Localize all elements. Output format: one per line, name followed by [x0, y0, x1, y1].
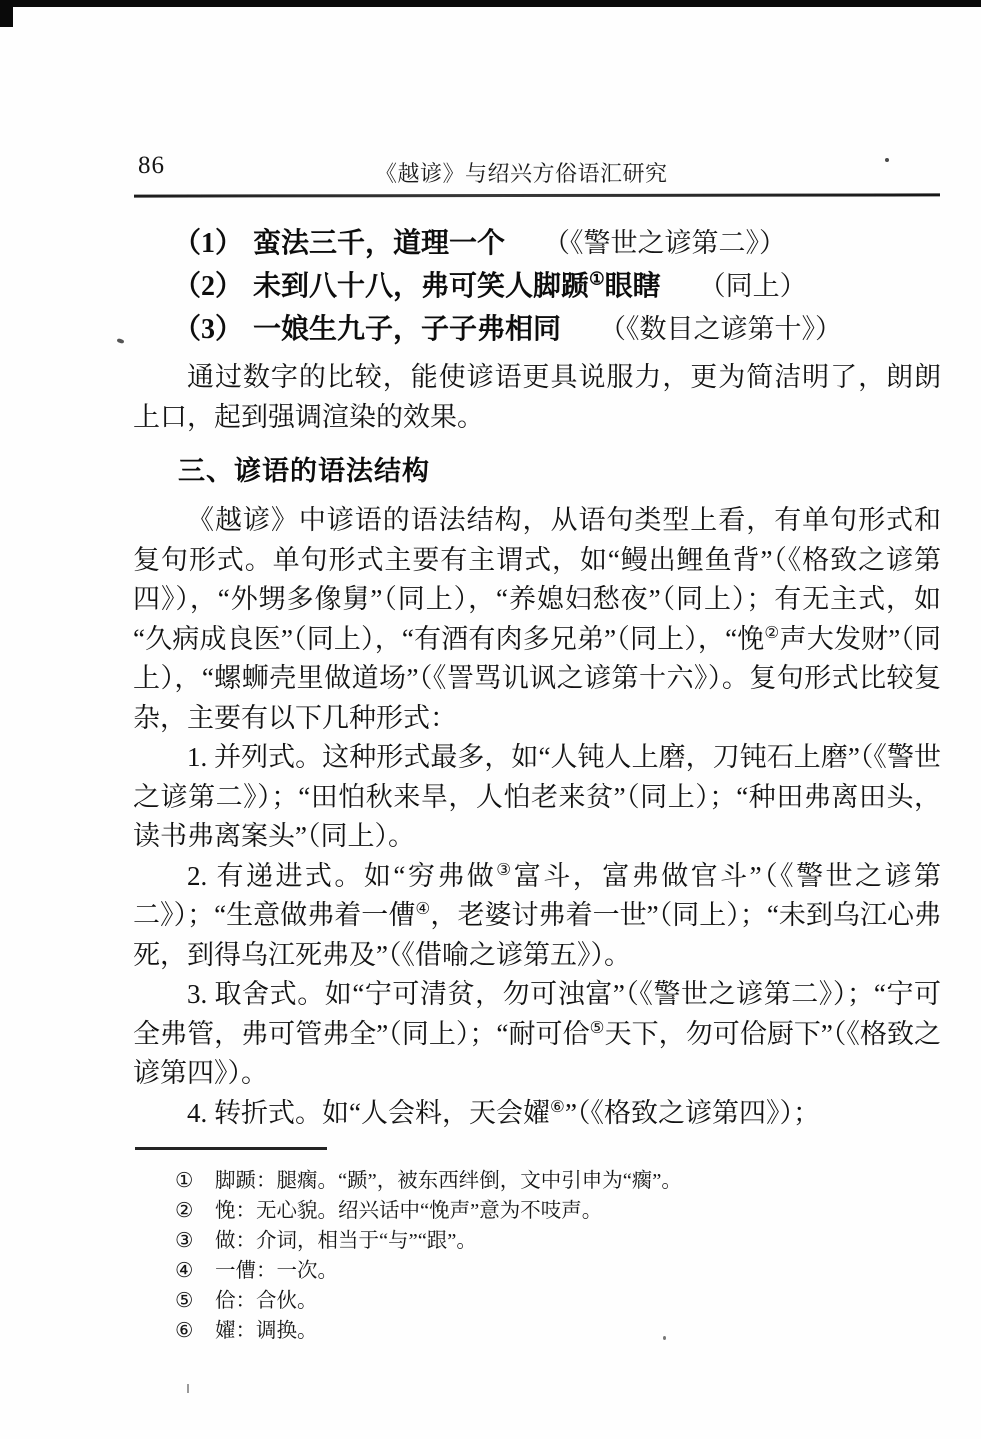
header-divider: [134, 193, 940, 197]
paragraph-item-4: 4. 转折式。如“人会料，天会嬥⑥”（《格致之谚第四》）；: [133, 1094, 941, 1134]
scan-corner-artifact: [0, 0, 13, 27]
paragraph-intro: 通过数字的比较，能使谚语更具说服力，更为简洁明了，朗朗上口，起到强调渲染的效果。: [133, 357, 941, 437]
footnote-marker: ③: [175, 1226, 203, 1256]
footnote-divider: [135, 1147, 327, 1150]
example-line-1: （1）蛮法三千，道理一个（《警世之谚第二》）: [173, 222, 941, 265]
footnote-text: 做：介词，相当于“与”“跟”。: [215, 1226, 941, 1256]
example-proverb: 一娘生九子，子子弗相同: [253, 314, 561, 345]
running-title: 《越谚》与绍兴方俗语汇研究: [375, 157, 668, 188]
footnote-marker: ④: [175, 1256, 203, 1286]
example-proverb: 蛮法三千，道理一个: [253, 228, 505, 259]
footnote-block: ①脚踬：腿瘸。“踬”，被东西绊倒，文中引申为“瘸”。 ②悗：无心貌。绍兴话中“悗…: [133, 1166, 941, 1346]
footnote-marker: ①: [175, 1166, 203, 1196]
paragraph-item-3: 3. 取舍式。如“宁可清贫，勿可浊富”（《警世之谚第二》）；“宁可全弗管，弗可管…: [133, 975, 941, 1094]
example-number: （3）: [173, 314, 243, 345]
scan-speck: [187, 1384, 189, 1393]
example-line-3: （3）一娘生九子，子子弗相同（《数目之谚第十》）: [173, 308, 941, 351]
footnote-6: ⑥嬥：调换。: [175, 1316, 941, 1346]
footnote-text: 脚踬：腿瘸。“踬”，被东西绊倒，文中引申为“瘸”。: [215, 1166, 941, 1196]
example-line-2: （2）未到八十八，弗可笑人脚踬①眼瞎（同上）: [173, 265, 941, 308]
scan-edge-artifact: [0, 0, 981, 7]
example-number: （1）: [173, 228, 243, 259]
footnote-marker: ⑤: [175, 1286, 203, 1316]
footnote-text: 一傮：一次。: [215, 1256, 941, 1286]
paragraph-item-2: 2. 有递进式。如“穷弗做③富斗，富弗做官斗”（《警世之谚第二》）；“生意做弗着…: [133, 857, 941, 976]
paragraph-item-1: 1. 并列式。这种形式最多，如“人钝人上磨，刀钝石上磨”（《警世之谚第二》）；“…: [133, 738, 941, 857]
footnote-text: 佮：合伙。: [215, 1286, 941, 1316]
example-proverb: 未到八十八，弗可笑人脚踬①眼瞎: [253, 271, 661, 302]
footnote-marker: ⑥: [175, 1316, 203, 1346]
paragraph-body: 《越谚》中谚语的语法结构，从语句类型上看，有单句形式和复句形式。单句形式主要有主…: [133, 501, 941, 738]
scan-speck: [885, 158, 889, 162]
page-number: 86: [138, 152, 165, 180]
example-number: （2）: [173, 271, 243, 302]
footnote-text: 嬥：调换。: [215, 1316, 941, 1346]
section-heading: 三、谚语的语法结构: [133, 451, 941, 491]
example-source: （《数目之谚第十》）: [599, 314, 842, 344]
page-content: （1）蛮法三千，道理一个（《警世之谚第二》） （2）未到八十八，弗可笑人脚踬①眼…: [133, 222, 941, 1346]
footnote-5: ⑤佮：合伙。: [175, 1286, 941, 1316]
example-source: （同上）: [699, 271, 807, 301]
scan-speck: [117, 338, 125, 344]
footnote-2: ②悗：无心貌。绍兴话中“悗声”意为不吱声。: [175, 1196, 941, 1226]
example-block: （1）蛮法三千，道理一个（《警世之谚第二》） （2）未到八十八，弗可笑人脚踬①眼…: [133, 222, 941, 351]
footnote-marker: ②: [175, 1196, 203, 1226]
book-page: 86 《越谚》与绍兴方俗语汇研究 （1）蛮法三千，道理一个（《警世之谚第二》） …: [0, 0, 981, 1439]
footnote-3: ③做：介词，相当于“与”“跟”。: [175, 1226, 941, 1256]
footnote-1: ①脚踬：腿瘸。“踬”，被东西绊倒，文中引申为“瘸”。: [175, 1166, 941, 1196]
example-source: （《警世之谚第二》）: [543, 228, 786, 258]
footnote-4: ④一傮：一次。: [175, 1256, 941, 1286]
footnote-text: 悗：无心貌。绍兴话中“悗声”意为不吱声。: [215, 1196, 941, 1226]
